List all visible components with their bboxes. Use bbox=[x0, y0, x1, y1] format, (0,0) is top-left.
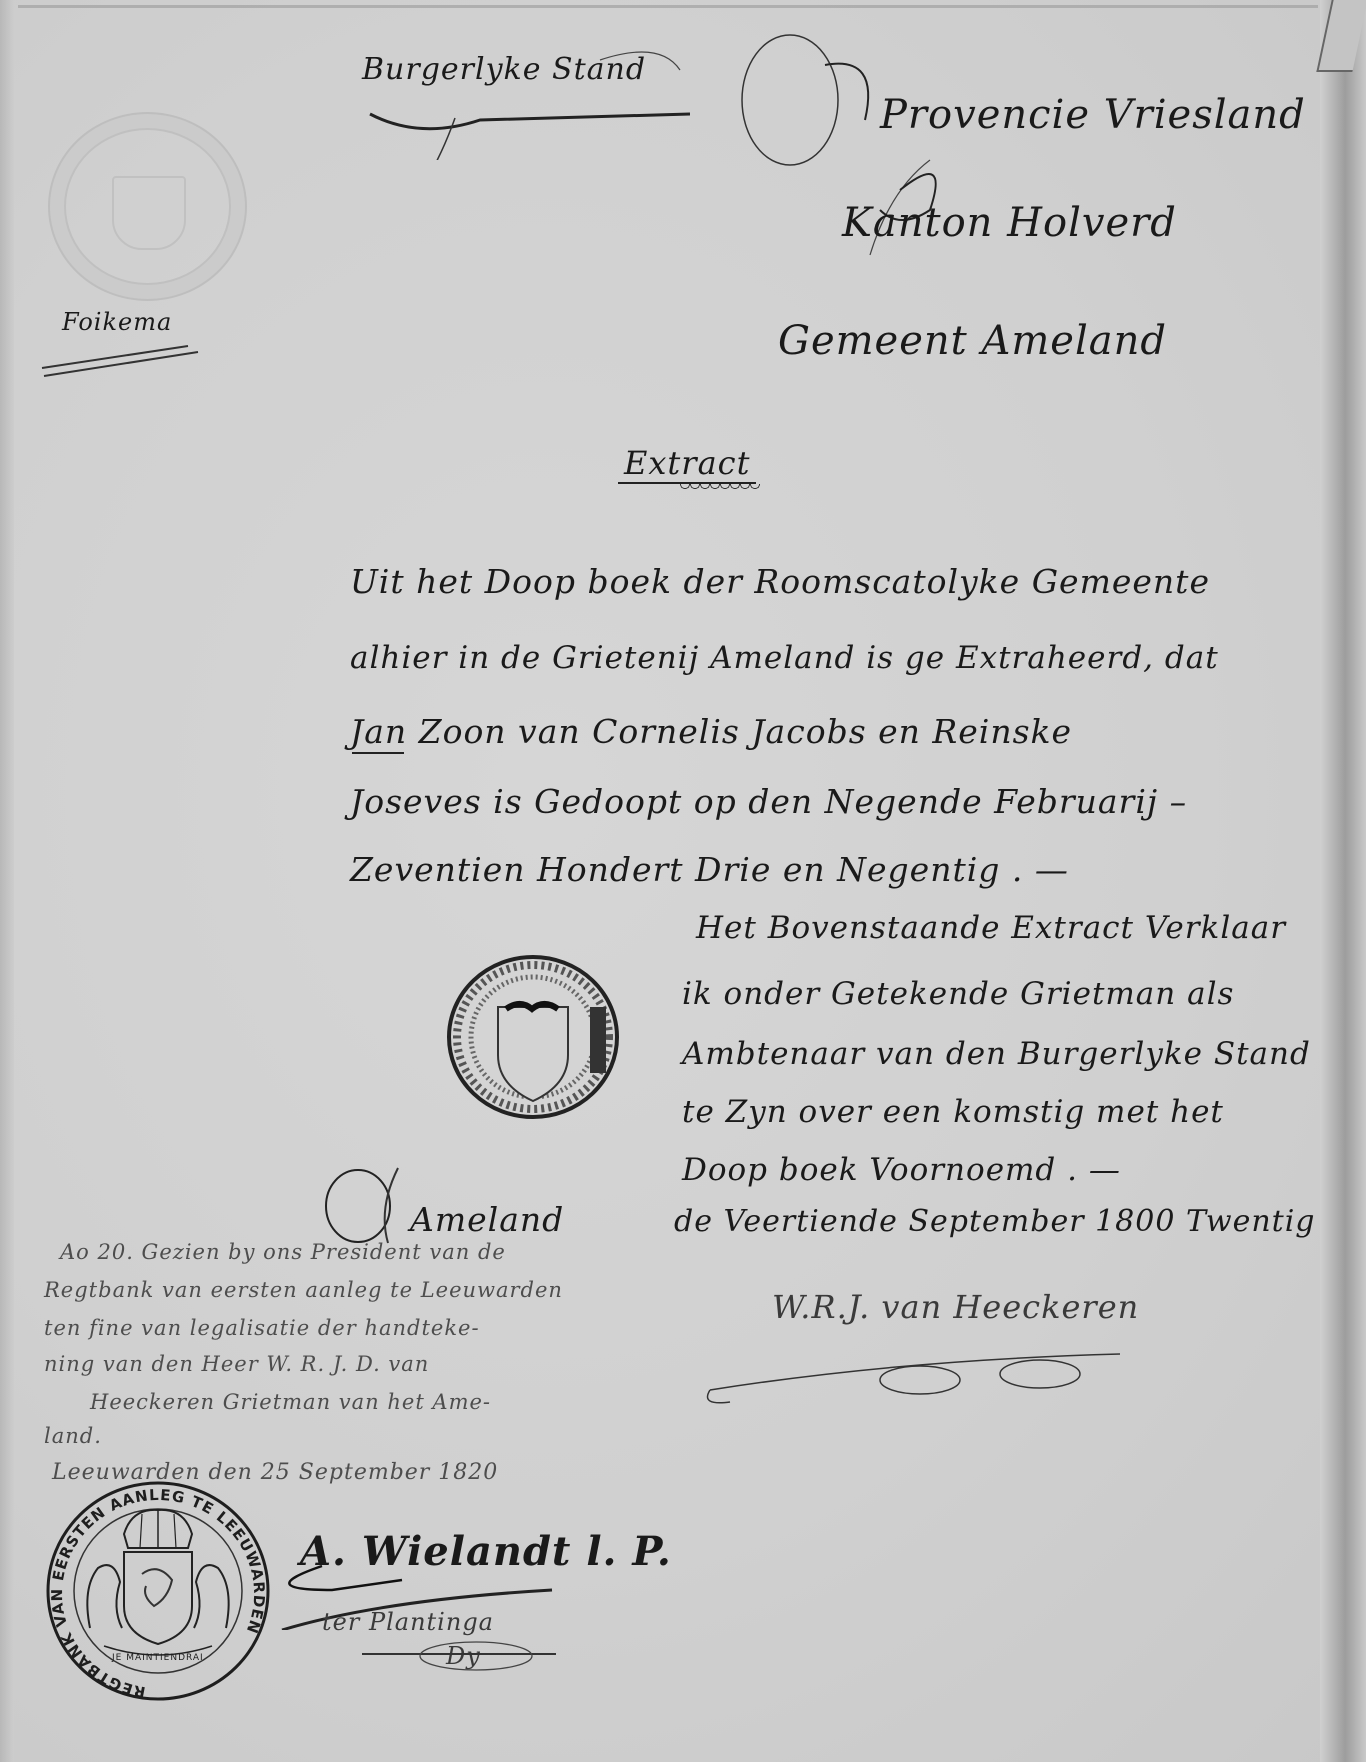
canton-label: Kanton Holverd bbox=[842, 200, 1177, 246]
legalization-line-3: ten fine van legalisatie der handteke- bbox=[44, 1316, 480, 1340]
child-name-underline bbox=[352, 752, 404, 754]
legalization-line-2: Regtbank van eersten aanleg te Leeuwarde… bbox=[44, 1278, 563, 1302]
shield-icon bbox=[112, 176, 186, 250]
legalization-line-5: Heeckeren Grietman van het Ame- bbox=[90, 1390, 491, 1414]
legalization-line-6: land. bbox=[44, 1424, 102, 1448]
certification-place: Ameland bbox=[410, 1200, 564, 1239]
body-line-4: Joseves is Gedoopt op den Negende Februa… bbox=[350, 782, 1187, 821]
legalization-line-1: Ao 20. Gezien by ons President van de bbox=[60, 1240, 506, 1264]
certification-line-4: te Zyn over een komstig met het bbox=[682, 1094, 1224, 1130]
page-left-edge bbox=[0, 0, 14, 1762]
legalization-line-4: ning van den Heer W. R. J. D. van bbox=[44, 1352, 429, 1376]
certification-line-5: Doop boek Voornoemd . — bbox=[682, 1152, 1121, 1188]
body-line-3: Jan Zoon van Cornelis Jacobs en Reinske bbox=[350, 712, 1072, 751]
margin-clerk-name: Foikema bbox=[62, 308, 172, 336]
countersign-flourish-icon bbox=[356, 1632, 576, 1682]
grietman-signature-flourish-icon bbox=[700, 1340, 1140, 1410]
province-label: Provencie Vriesland bbox=[880, 92, 1306, 138]
body-line-5: Zeventien Hondert Drie en Negentig . — bbox=[350, 850, 1069, 889]
document-title: Extract bbox=[618, 444, 756, 484]
body-line-2: alhier in de Grietenij Ameland is ge Ext… bbox=[350, 640, 1219, 676]
register-label-flourish-icon bbox=[360, 40, 690, 160]
certification-date: de Veertiende September 1800 Twentig bbox=[674, 1204, 1316, 1239]
certification-line-2: ik onder Getekende Grietman als bbox=[682, 976, 1234, 1012]
margin-flourish-icon bbox=[38, 340, 208, 380]
title-wavy-underline bbox=[680, 484, 760, 490]
court-seal-icon: REGTBANK VAN EERSTEN AANLEG TE LEEUWARDE… bbox=[42, 1478, 274, 1704]
municipality-label: Gemeent Ameland bbox=[778, 318, 1167, 364]
certification-line-1: Het Bovenstaande Extract Verklaar bbox=[696, 910, 1286, 946]
grietman-signature: W.R.J. van Heeckeren bbox=[772, 1288, 1139, 1326]
certification-line-3: Ambtenaar van den Burgerlyke Stand bbox=[682, 1036, 1311, 1072]
page-top-edge bbox=[18, 5, 1318, 8]
svg-text:JE MAINTIENDRAI: JE MAINTIENDRAI bbox=[111, 1653, 204, 1663]
grietenij-seal-icon bbox=[440, 945, 626, 1125]
page-binding-shadow bbox=[1320, 0, 1366, 1762]
body-line-1: Uit het Doop boek der Roomscatolyke Geme… bbox=[350, 562, 1210, 601]
embossed-seal-icon bbox=[48, 112, 247, 301]
